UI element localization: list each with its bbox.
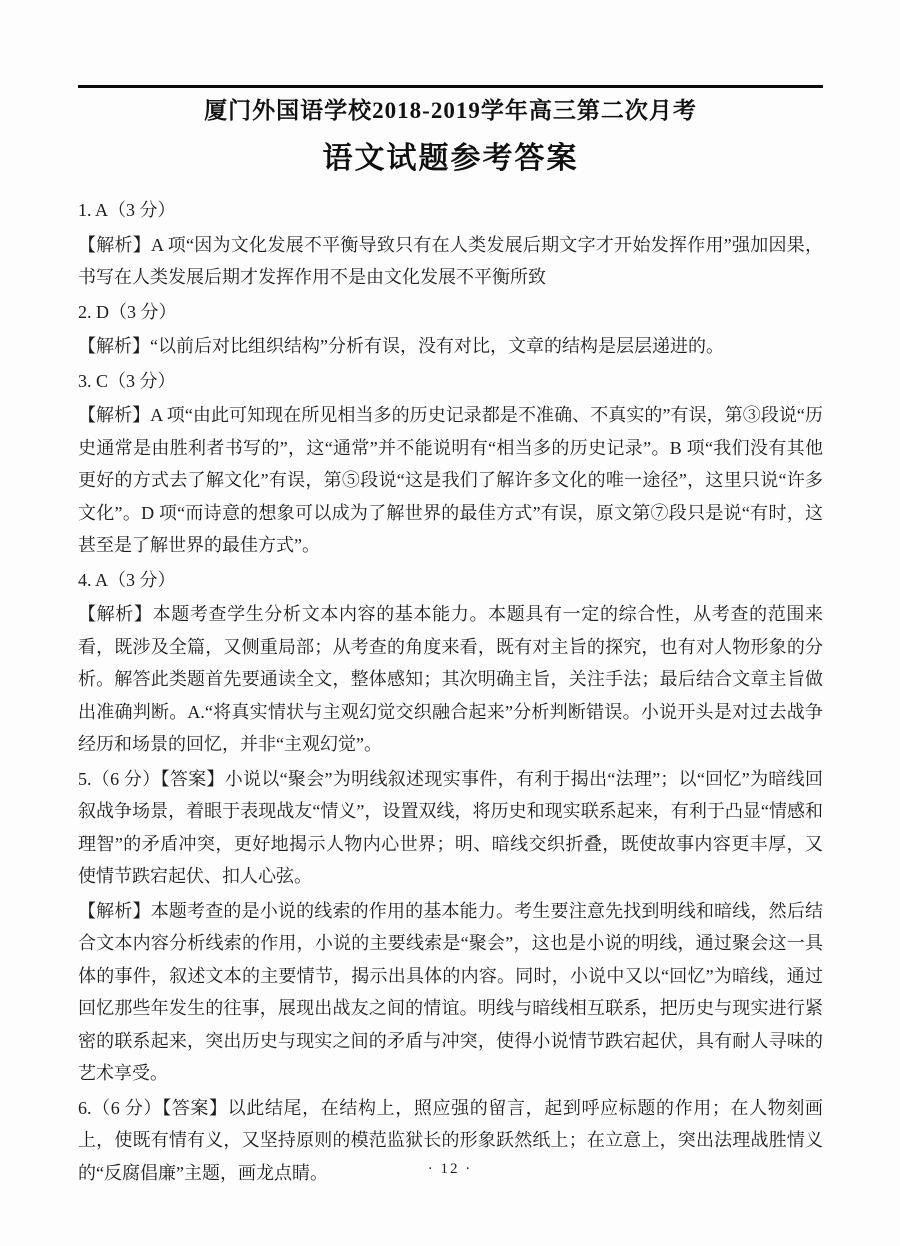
- answer-paragraph-5: 5.（6 分）【答案】小说以“聚会”为明线叙述现实事件，有利于揭出“法理”；以“…: [78, 763, 823, 893]
- scanned-document-page: 厦门外国语学校2018-2019学年高三第二次月考 语文试题参考答案 1. A（…: [0, 0, 900, 1246]
- answer-line-3: 3. C（3 分）: [78, 365, 823, 398]
- answer-key-body: 1. A（3 分） 【解析】A 项“因为文化发展不平衡导致只有在人类发展后期文字…: [78, 194, 823, 1189]
- answer-line-1: 1. A（3 分）: [78, 194, 823, 227]
- answer-line-2: 2. D（3 分）: [78, 296, 823, 329]
- analysis-paragraph-3: 【解析】A 项“由此可知现在所见相当多的历史记录都是不准确、不真实的”有误，第③…: [78, 399, 823, 562]
- analysis-paragraph-5: 【解析】本题考查的是小说的线索的作用的基本能力。考生要注意先找到明线和暗线，然后…: [78, 895, 823, 1090]
- page-number: · 12 ·: [0, 1161, 900, 1178]
- answer-key-title: 语文试题参考答案: [78, 140, 823, 178]
- analysis-paragraph-4: 【解析】本题考查学生分析文本内容的基本能力。本题具有一定的综合性，从考查的范围来…: [78, 598, 823, 761]
- answer-line-4: 4. A（3 分）: [78, 564, 823, 597]
- exam-title: 厦门外国语学校2018-2019学年高三第二次月考: [78, 95, 823, 127]
- analysis-paragraph-1: 【解析】A 项“因为文化发展不平衡导致只有在人类发展后期文字才开始发挥作用”强加…: [78, 229, 823, 294]
- analysis-paragraph-2: 【解析】“以前后对比组织结构”分析有误，没有对比，文章的结构是层层递进的。: [78, 330, 823, 363]
- header-rule: [78, 85, 823, 88]
